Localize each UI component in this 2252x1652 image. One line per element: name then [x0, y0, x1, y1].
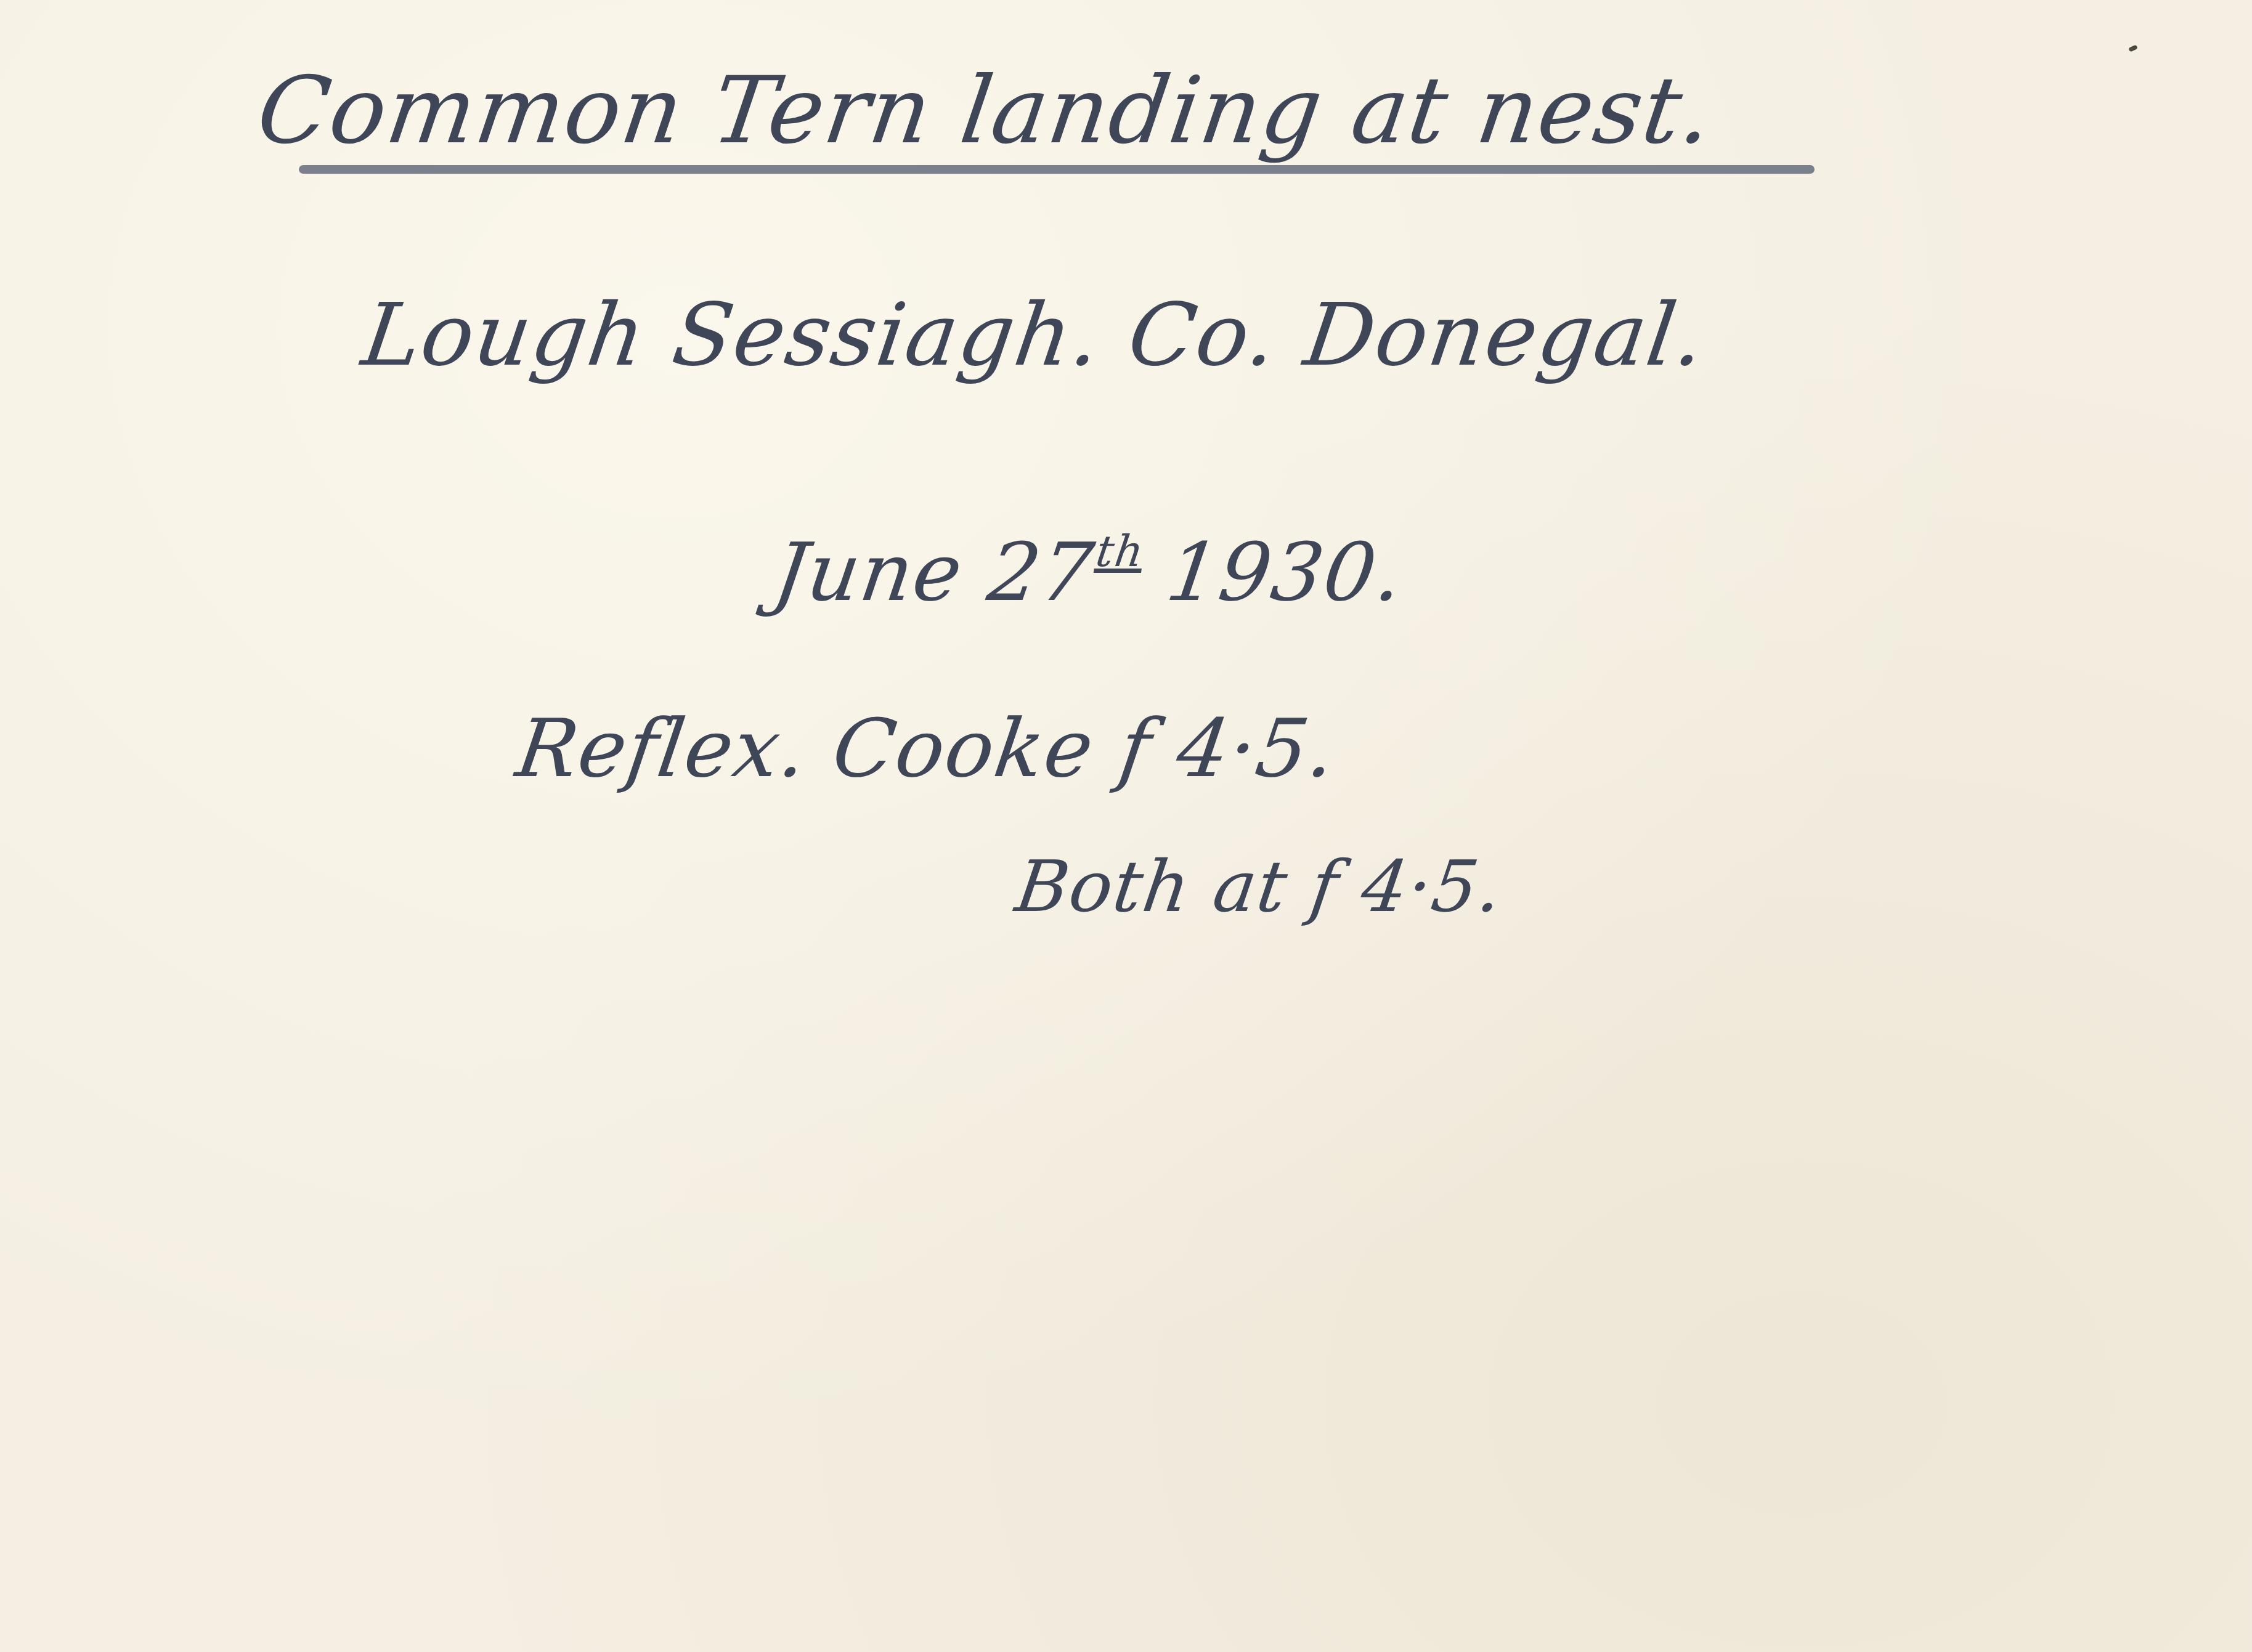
date-year: 1930.	[1161, 525, 1410, 619]
title-underline	[299, 165, 1815, 174]
handwritten-index-card: Common Tern landing at nest. Lough Sessi…	[0, 0, 2252, 1652]
camera-lens-note: Reflex. Cooke f 4·5.	[511, 699, 1343, 798]
paper-speck	[2128, 44, 2138, 52]
location-line: Lough Sessiagh. Co. Donegal.	[356, 283, 1712, 388]
date-ordinal: th	[1093, 526, 1148, 577]
card-title: Common Tern landing at nest.	[251, 59, 1720, 163]
aperture-note: Both at f 4·5.	[1010, 844, 1508, 930]
date-day-month: June 27	[768, 525, 1100, 619]
date-line: June 27th 1930.	[768, 502, 1413, 622]
